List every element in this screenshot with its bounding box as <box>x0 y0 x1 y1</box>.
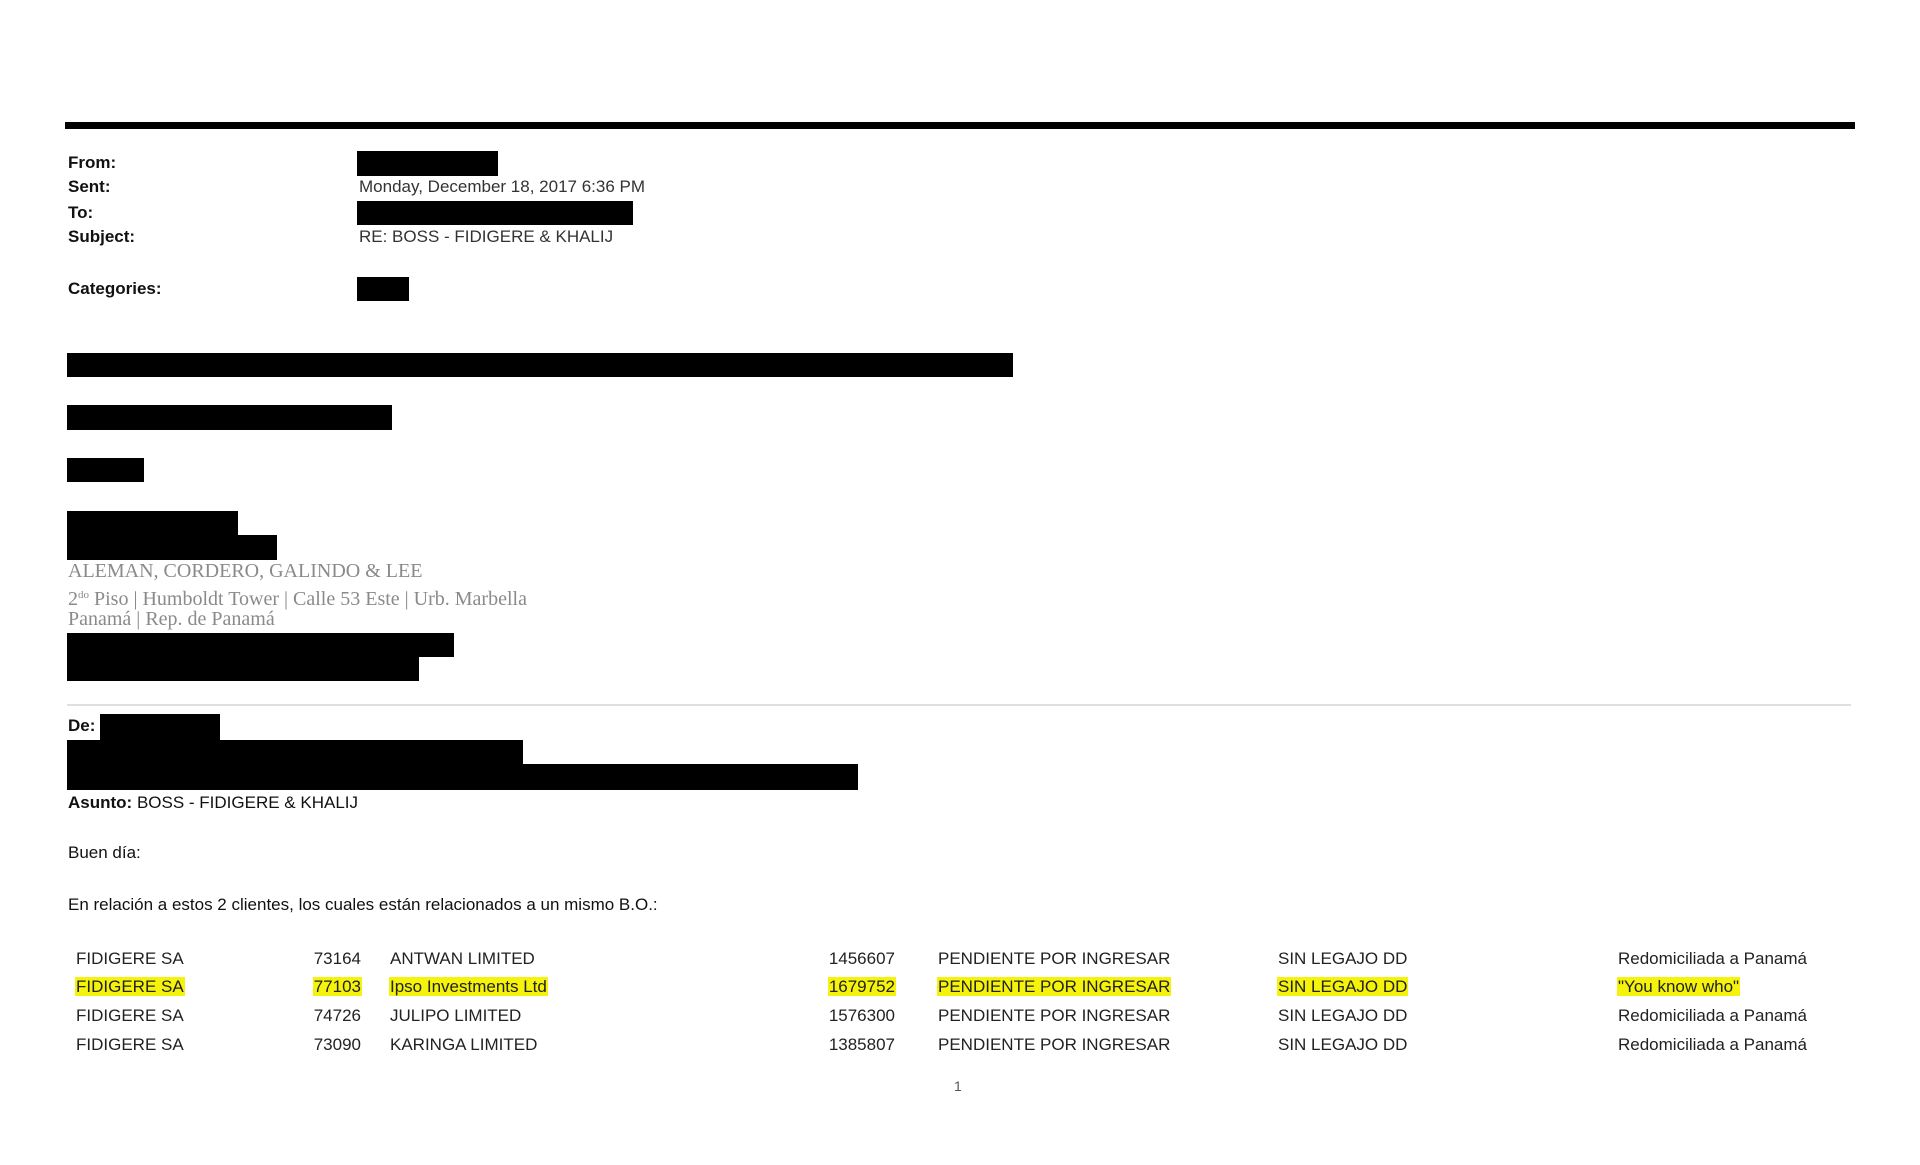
table-cell-legajo: SIN LEGAJO DD <box>1277 976 1408 998</box>
categories-label: Categories: <box>68 279 162 299</box>
company-text: FIDIGERE SA <box>75 949 185 968</box>
code-text: 73090 <box>313 1035 362 1054</box>
greeting: Buen día: <box>68 843 141 863</box>
table-cell-code: 73164 <box>313 948 362 970</box>
signature-city: Panamá | Rep. de Panamá <box>68 607 275 631</box>
page-number: 1 <box>954 1078 962 1094</box>
from-redaction <box>357 151 498 176</box>
company-text: FIDIGERE SA <box>75 1035 185 1054</box>
note-text: "You know who" <box>1617 977 1740 996</box>
table-cell-number: 1576300 <box>828 1005 896 1027</box>
legajo-text: SIN LEGAJO DD <box>1277 1035 1408 1054</box>
table-cell-status: PENDIENTE POR INGRESAR <box>937 1034 1171 1056</box>
status-text: PENDIENTE POR INGRESAR <box>937 949 1171 968</box>
number-text: 1576300 <box>828 1006 896 1025</box>
table-cell-note: Redomiciliada a Panamá <box>1617 1034 1808 1056</box>
table-cell-company: FIDIGERE SA <box>75 1034 185 1056</box>
status-text: PENDIENTE POR INGRESAR <box>937 1006 1171 1025</box>
table-cell-note: "You know who" <box>1617 976 1740 998</box>
company-text: FIDIGERE SA <box>75 1006 185 1025</box>
de-redaction <box>100 714 220 741</box>
message-separator <box>67 704 1851 706</box>
note-text: Redomiciliada a Panamá <box>1617 1006 1808 1025</box>
table-cell-code: 73090 <box>313 1034 362 1056</box>
table-cell-number: 1679752 <box>828 976 896 998</box>
table-cell-legajo: SIN LEGAJO DD <box>1277 1005 1408 1027</box>
note-text: Redomiciliada a Panamá <box>1617 949 1808 968</box>
legajo-text: SIN LEGAJO DD <box>1277 977 1408 996</box>
code-text: 77103 <box>313 977 362 996</box>
redaction-block <box>67 740 523 765</box>
table-cell-code: 74726 <box>313 1005 362 1027</box>
code-text: 73164 <box>313 949 362 968</box>
redaction-block <box>67 656 419 681</box>
table-cell-legajo: SIN LEGAJO DD <box>1277 1034 1408 1056</box>
categories-redaction <box>357 277 409 301</box>
redaction-block <box>67 511 238 536</box>
asunto-line: Asunto: BOSS - FIDIGERE & KHALIJ <box>68 793 358 813</box>
table-cell-legajo: SIN LEGAJO DD <box>1277 948 1408 970</box>
signature-firm: ALEMAN, CORDERO, GALINDO & LEE <box>68 559 422 583</box>
asunto-label: Asunto: <box>68 793 132 812</box>
table-cell-entity: ANTWAN LIMITED <box>389 948 536 970</box>
table-cell-number: 1456607 <box>828 948 896 970</box>
redaction-block <box>67 764 858 790</box>
redaction-block <box>67 633 454 657</box>
legajo-text: SIN LEGAJO DD <box>1277 949 1408 968</box>
table-cell-number: 1385807 <box>828 1034 896 1056</box>
company-text: FIDIGERE SA <box>75 977 185 996</box>
table-cell-note: Redomiciliada a Panamá <box>1617 1005 1808 1027</box>
redaction-block <box>67 458 144 482</box>
de-label: De: <box>68 716 95 736</box>
status-text: PENDIENTE POR INGRESAR <box>937 1035 1171 1054</box>
table-cell-entity: Ipso Investments Ltd <box>389 976 548 998</box>
from-label: From: <box>68 153 116 173</box>
table-cell-status: PENDIENTE POR INGRESAR <box>937 1005 1171 1027</box>
header-divider <box>65 122 1855 129</box>
entity-text: JULIPO LIMITED <box>389 1006 522 1025</box>
status-text: PENDIENTE POR INGRESAR <box>937 977 1171 996</box>
asunto-value: BOSS - FIDIGERE & KHALIJ <box>137 793 358 812</box>
table-cell-note: Redomiciliada a Panamá <box>1617 948 1808 970</box>
subject-label: Subject: <box>68 227 135 247</box>
sent-value: Monday, December 18, 2017 6:36 PM <box>359 177 645 197</box>
intro-text: En relación a estos 2 clientes, los cual… <box>68 895 658 915</box>
table-cell-company: FIDIGERE SA <box>75 948 185 970</box>
redaction-block <box>67 535 277 560</box>
code-text: 74726 <box>313 1006 362 1025</box>
entity-text: Ipso Investments Ltd <box>389 977 548 996</box>
redaction-block <box>67 405 392 430</box>
table-cell-status: PENDIENTE POR INGRESAR <box>937 948 1171 970</box>
floor-suffix: do <box>78 589 89 601</box>
redaction-block <box>67 353 1013 377</box>
table-cell-entity: KARINGA LIMITED <box>389 1034 538 1056</box>
table-cell-company: FIDIGERE SA <box>75 1005 185 1027</box>
sent-label: Sent: <box>68 177 111 197</box>
number-text: 1456607 <box>828 949 896 968</box>
table-cell-entity: JULIPO LIMITED <box>389 1005 522 1027</box>
to-label: To: <box>68 203 93 223</box>
legajo-text: SIN LEGAJO DD <box>1277 1006 1408 1025</box>
note-text: Redomiciliada a Panamá <box>1617 1035 1808 1054</box>
table-cell-code: 77103 <box>313 976 362 998</box>
number-text: 1679752 <box>828 977 896 996</box>
table-cell-status: PENDIENTE POR INGRESAR <box>937 976 1171 998</box>
subject-value: RE: BOSS - FIDIGERE & KHALIJ <box>359 227 613 247</box>
entity-text: KARINGA LIMITED <box>389 1035 538 1054</box>
to-redaction <box>357 201 633 225</box>
number-text: 1385807 <box>828 1035 896 1054</box>
table-cell-company: FIDIGERE SA <box>75 976 185 998</box>
entity-text: ANTWAN LIMITED <box>389 949 536 968</box>
